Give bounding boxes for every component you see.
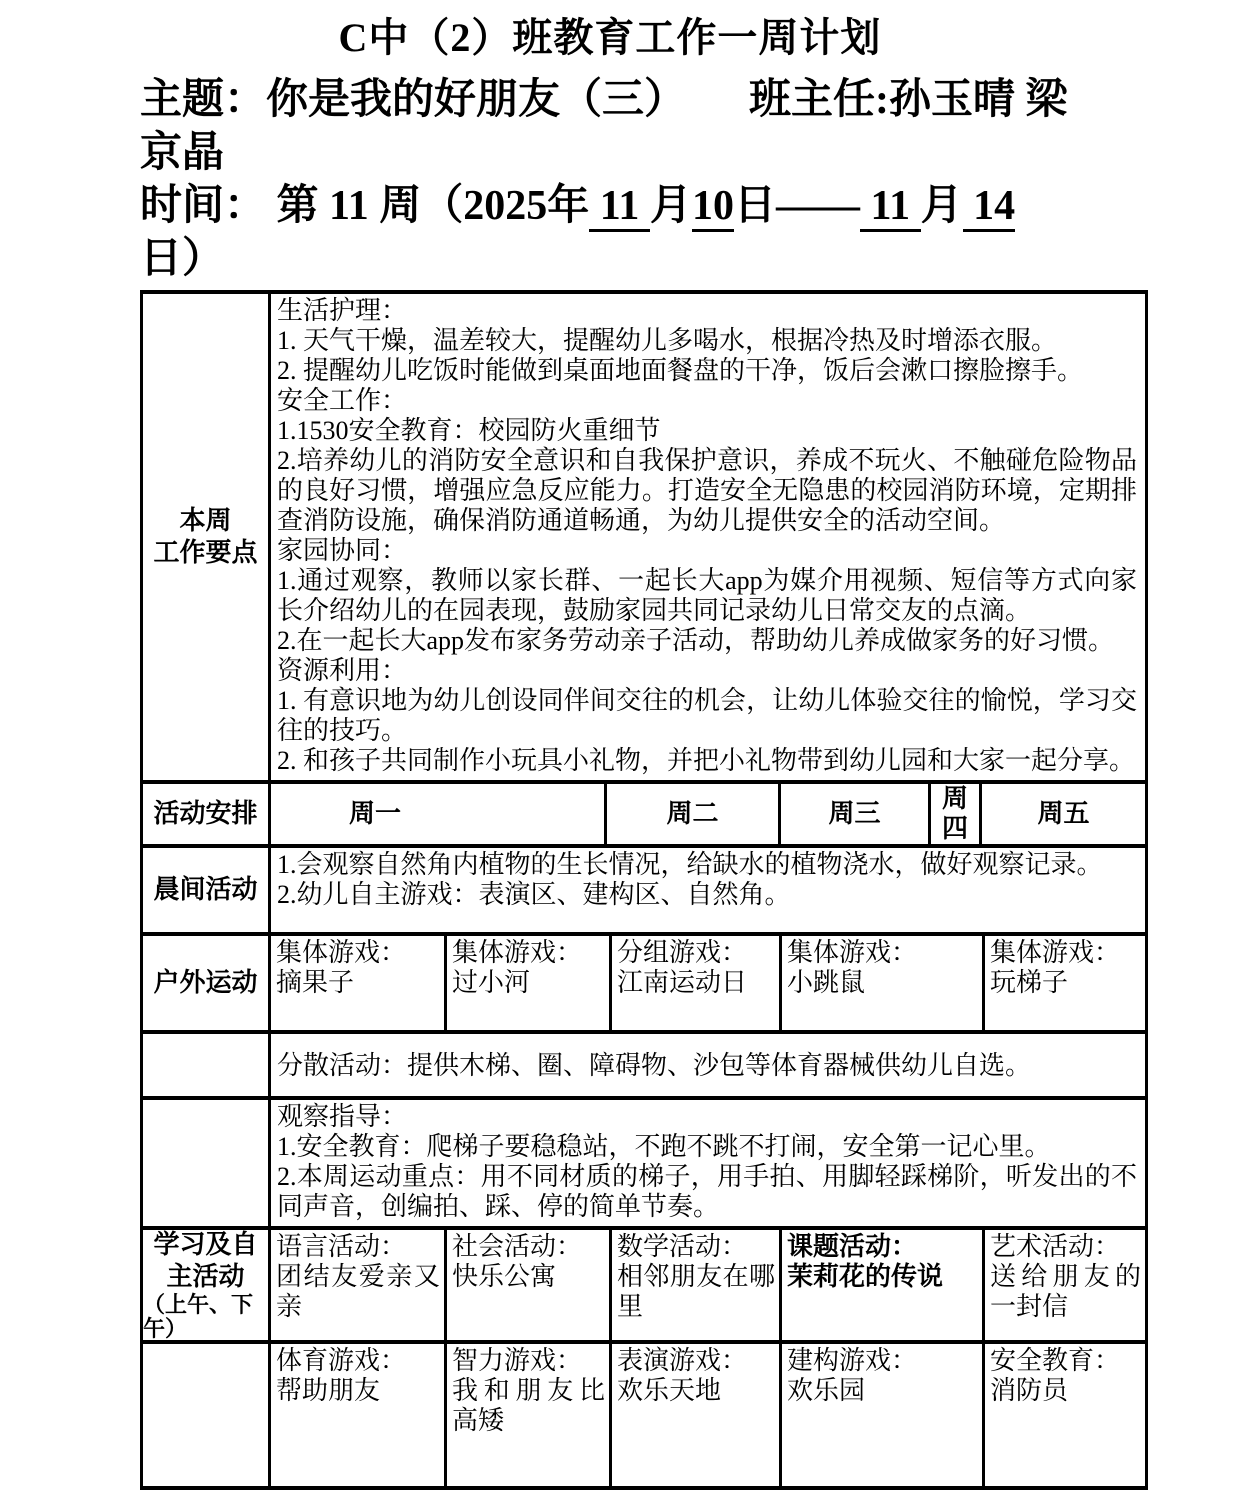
games-cell-friday: 安全教育： 消防员 [985, 1344, 1145, 1486]
outdoor-sports-label: 户外运动 [143, 936, 271, 1030]
work-point-line: 2. 提醒幼儿吃饭时能做到桌面地面餐盘的干净，饭后会漱口擦脸擦手。 [277, 356, 1137, 386]
activity-type: 集体游戏： [787, 938, 978, 968]
day-header-thursday: 周四 [931, 784, 982, 844]
outdoor-cell-thursday: 集体游戏： 小跳鼠 [782, 936, 985, 1030]
week-focus-label-line1: 本周 [179, 505, 231, 537]
day-header-friday: 周五 [982, 784, 1145, 844]
day-header-tuesday: 周二 [607, 784, 781, 844]
row-games: 体育游戏： 帮助朋友 智力游戏： 我和朋友比高矮 表演游戏： 欢乐天地 建构游戏… [143, 1344, 1145, 1486]
work-point-line: 家园协同： [277, 536, 1137, 566]
document-page: C中（2）班教育工作一周计划 主题：你是我的好朋友（三） 班主任:孙玉晴 梁 京… [0, 0, 1239, 1496]
time-text: 年 [547, 183, 589, 229]
scatter-activity-content: 分散活动：提供木梯、圈、障碍物、沙包等体育器械供幼儿自选。 [271, 1034, 1145, 1096]
activity-name: 快乐公寓 [452, 1262, 605, 1292]
time-line-2: 日） [140, 233, 1148, 286]
activity-type: 语言活动： [276, 1232, 440, 1262]
work-point-line: 安全工作： [277, 386, 1137, 416]
learning-cell-tuesday: 社会活动： 快乐公寓 [447, 1230, 612, 1340]
activity-name: 帮助朋友 [276, 1376, 440, 1406]
activity-name: 相邻朋友在哪里 [617, 1262, 775, 1322]
work-point-line: 2. 和孩子共同制作小玩具小礼物，并把小礼物带到幼儿园和大家一起分享。 [277, 746, 1137, 776]
schedule-label-text: 活动安排 [153, 798, 257, 830]
time-text: 时间： 第 [140, 183, 329, 229]
outdoor-cell-monday: 集体游戏： 摘果子 [271, 936, 447, 1030]
time-line-1: 时间： 第 11 周（2025年 11 月10日—— 11 月 14 [140, 180, 1148, 233]
empty-label-cell [143, 1344, 271, 1486]
row-outdoor-sports: 户外运动 集体游戏： 摘果子 集体游戏： 过小河 分组游戏： 江南运动日 集体游… [143, 936, 1145, 1034]
row-schedule-header: 活动安排 周一 周二 周三 周四 周五 [143, 784, 1145, 848]
work-point-line: 1. 有意识地为幼儿创设同伴间交往的机会，让幼儿体验交往的愉悦，学习交往的技巧。 [277, 686, 1137, 746]
activity-name: 欢乐天地 [617, 1376, 775, 1406]
activity-type: 集体游戏： [276, 938, 440, 968]
activity-name: 玩梯子 [990, 968, 1141, 998]
learning-label-line1: 学习及自 [153, 1230, 257, 1261]
activity-type: 社会活动： [452, 1232, 605, 1262]
activity-type: 课题活动： [787, 1232, 978, 1262]
time-text: 日—— [734, 183, 860, 229]
work-point-line: 生活护理： [277, 296, 1137, 326]
time-end-day: 14 [963, 183, 1016, 232]
time-week-number: 11 [329, 183, 369, 229]
day-header-wednesday: 周三 [781, 784, 931, 844]
learning-cell-monday: 语言活动： 团结友爱亲又亲 [271, 1230, 447, 1340]
activity-type: 安全教育： [990, 1346, 1141, 1376]
learning-label-line2: 主活动 [166, 1261, 244, 1293]
activity-name: 摘果子 [276, 968, 440, 998]
time-end-month: 11 [860, 183, 921, 232]
outdoor-cell-friday: 集体游戏： 玩梯子 [985, 936, 1145, 1030]
activity-type: 分组游戏： [617, 938, 775, 968]
activity-type: 智力游戏： [452, 1346, 605, 1376]
games-cell-wednesday: 表演游戏： 欢乐天地 [612, 1344, 782, 1486]
row-morning-activity: 晨间活动 1.会观察自然角内植物的生长情况，给缺水的植物浇水，做好观察记录。 2… [143, 848, 1145, 936]
work-point-line: 1.1530安全教育：校园防火重细节 [277, 416, 1137, 446]
activity-name: 消防员 [990, 1376, 1141, 1406]
learning-activity-label: 学习及自 主活动 （上午、下 午） [143, 1230, 271, 1340]
subject-line-2: 京晶 [140, 127, 1148, 180]
time-text: 周（ [369, 183, 464, 229]
activity-type: 集体游戏： [990, 938, 1141, 968]
document-title: C中（2）班教育工作一周计划 [140, 0, 1148, 66]
row-scatter-activity: 分散活动：提供木梯、圈、障碍物、沙包等体育器械供幼儿自选。 [143, 1034, 1145, 1100]
observation-line: 2.本周运动重点：用不同材质的梯子，用手拍、用脚轻踩梯阶，听发出的不同声音，创编… [277, 1162, 1137, 1222]
learning-label-sub1: （上午、下 [143, 1293, 268, 1317]
activity-type: 集体游戏： [452, 938, 605, 968]
document-header-block: 主题：你是我的好朋友（三） 班主任:孙玉晴 梁 京晶 时间： 第 11 周（20… [140, 74, 1148, 286]
work-point-line: 1. 天气干燥，温差较大，提醒幼儿多喝水，根据冷热及时增添衣服。 [277, 326, 1137, 356]
time-text: 月 [921, 183, 963, 229]
time-year: 2025 [463, 183, 547, 229]
outdoor-cell-wednesday: 分组游戏： 江南运动日 [612, 936, 782, 1030]
morning-activity-content: 1.会观察自然角内植物的生长情况，给缺水的植物浇水，做好观察记录。 2.幼儿自主… [271, 848, 1145, 932]
work-point-line: 2.在一起长大app发布家务劳动亲子活动，帮助幼儿养成做家务的好习惯。 [277, 626, 1137, 656]
day-header-monday: 周一 [271, 784, 607, 844]
morning-activity-line: 1.会观察自然角内植物的生长情况，给缺水的植物浇水，做好观察记录。 [277, 850, 1137, 880]
week-focus-label: 本周 工作要点 [143, 294, 271, 780]
outdoor-cell-tuesday: 集体游戏： 过小河 [447, 936, 612, 1030]
activity-type: 艺术活动： [990, 1232, 1141, 1262]
row-observation-guidance: 观察指导： 1.安全教育：爬梯子要稳稳站，不跑不跳不打闹，安全第一记心里。 2.… [143, 1100, 1145, 1230]
row-week-focus: 本周 工作要点 生活护理： 1. 天气干燥，温差较大，提醒幼儿多喝水，根据冷热及… [143, 294, 1145, 784]
activity-name: 我和朋友比高矮 [452, 1376, 605, 1436]
empty-label-cell [143, 1034, 271, 1096]
activity-name: 茉莉花的传说 [787, 1262, 978, 1292]
activity-name: 欢乐园 [787, 1376, 978, 1406]
learning-cell-friday: 艺术活动： 送给朋友的一封信 [985, 1230, 1145, 1340]
activity-name: 团结友爱亲又亲 [276, 1262, 440, 1322]
morning-activity-label: 晨间活动 [143, 848, 271, 932]
games-cell-thursday: 建构游戏： 欢乐园 [782, 1344, 985, 1486]
work-point-line: 资源利用： [277, 656, 1137, 686]
time-text: 月 [650, 183, 692, 229]
week-focus-label-line2: 工作要点 [153, 537, 257, 569]
games-cell-tuesday: 智力游戏： 我和朋友比高矮 [447, 1344, 612, 1486]
observation-guidance-content: 观察指导： 1.安全教育：爬梯子要稳稳站，不跑不跳不打闹，安全第一记心里。 2.… [271, 1100, 1145, 1226]
schedule-label: 活动安排 [143, 784, 271, 844]
weekly-plan-table: 本周 工作要点 生活护理： 1. 天气干燥，温差较大，提醒幼儿多喝水，根据冷热及… [140, 290, 1148, 1490]
activity-type: 建构游戏： [787, 1346, 978, 1376]
activity-name: 送给朋友的一封信 [990, 1262, 1141, 1322]
scatter-activity-text: 分散活动：提供木梯、圈、障碍物、沙包等体育器械供幼儿自选。 [277, 1051, 1137, 1081]
subject-line-1: 主题：你是我的好朋友（三） 班主任:孙玉晴 梁 [140, 74, 1148, 127]
activity-type: 表演游戏： [617, 1346, 775, 1376]
learning-cell-thursday: 课题活动： 茉莉花的传说 [782, 1230, 985, 1340]
learning-cell-wednesday: 数学活动： 相邻朋友在哪里 [612, 1230, 782, 1340]
activity-name: 小跳鼠 [787, 968, 978, 998]
games-cell-monday: 体育游戏： 帮助朋友 [271, 1344, 447, 1486]
activity-type: 数学活动： [617, 1232, 775, 1262]
work-point-line: 1.通过观察，教师以家长群、一起长大app为媒介用视频、短信等方式向家长介绍幼儿… [277, 566, 1137, 626]
morning-activity-label-text: 晨间活动 [153, 874, 257, 906]
time-start-month: 11 [589, 183, 650, 232]
activity-name: 过小河 [452, 968, 605, 998]
observation-line: 1.安全教育：爬梯子要稳稳站，不跑不跳不打闹，安全第一记心里。 [277, 1132, 1137, 1162]
empty-label-cell [143, 1100, 271, 1226]
morning-activity-line: 2.幼儿自主游戏：表演区、建构区、自然角。 [277, 880, 1137, 910]
time-start-day: 10 [692, 183, 734, 232]
outdoor-sports-label-text: 户外运动 [153, 967, 257, 999]
row-learning-activity: 学习及自 主活动 （上午、下 午） 语言活动： 团结友爱亲又亲 社会活动： 快乐… [143, 1230, 1145, 1344]
week-focus-content: 生活护理： 1. 天气干燥，温差较大，提醒幼儿多喝水，根据冷热及时增添衣服。 2… [271, 294, 1145, 780]
work-point-line: 2.培养幼儿的消防安全意识和自我保护意识，养成不玩火、不触碰危险物品的良好习惯，… [277, 446, 1137, 536]
activity-type: 体育游戏： [276, 1346, 440, 1376]
activity-name: 江南运动日 [617, 968, 775, 998]
learning-label-sub2: 午） [143, 1317, 268, 1340]
observation-line: 观察指导： [277, 1102, 1137, 1132]
